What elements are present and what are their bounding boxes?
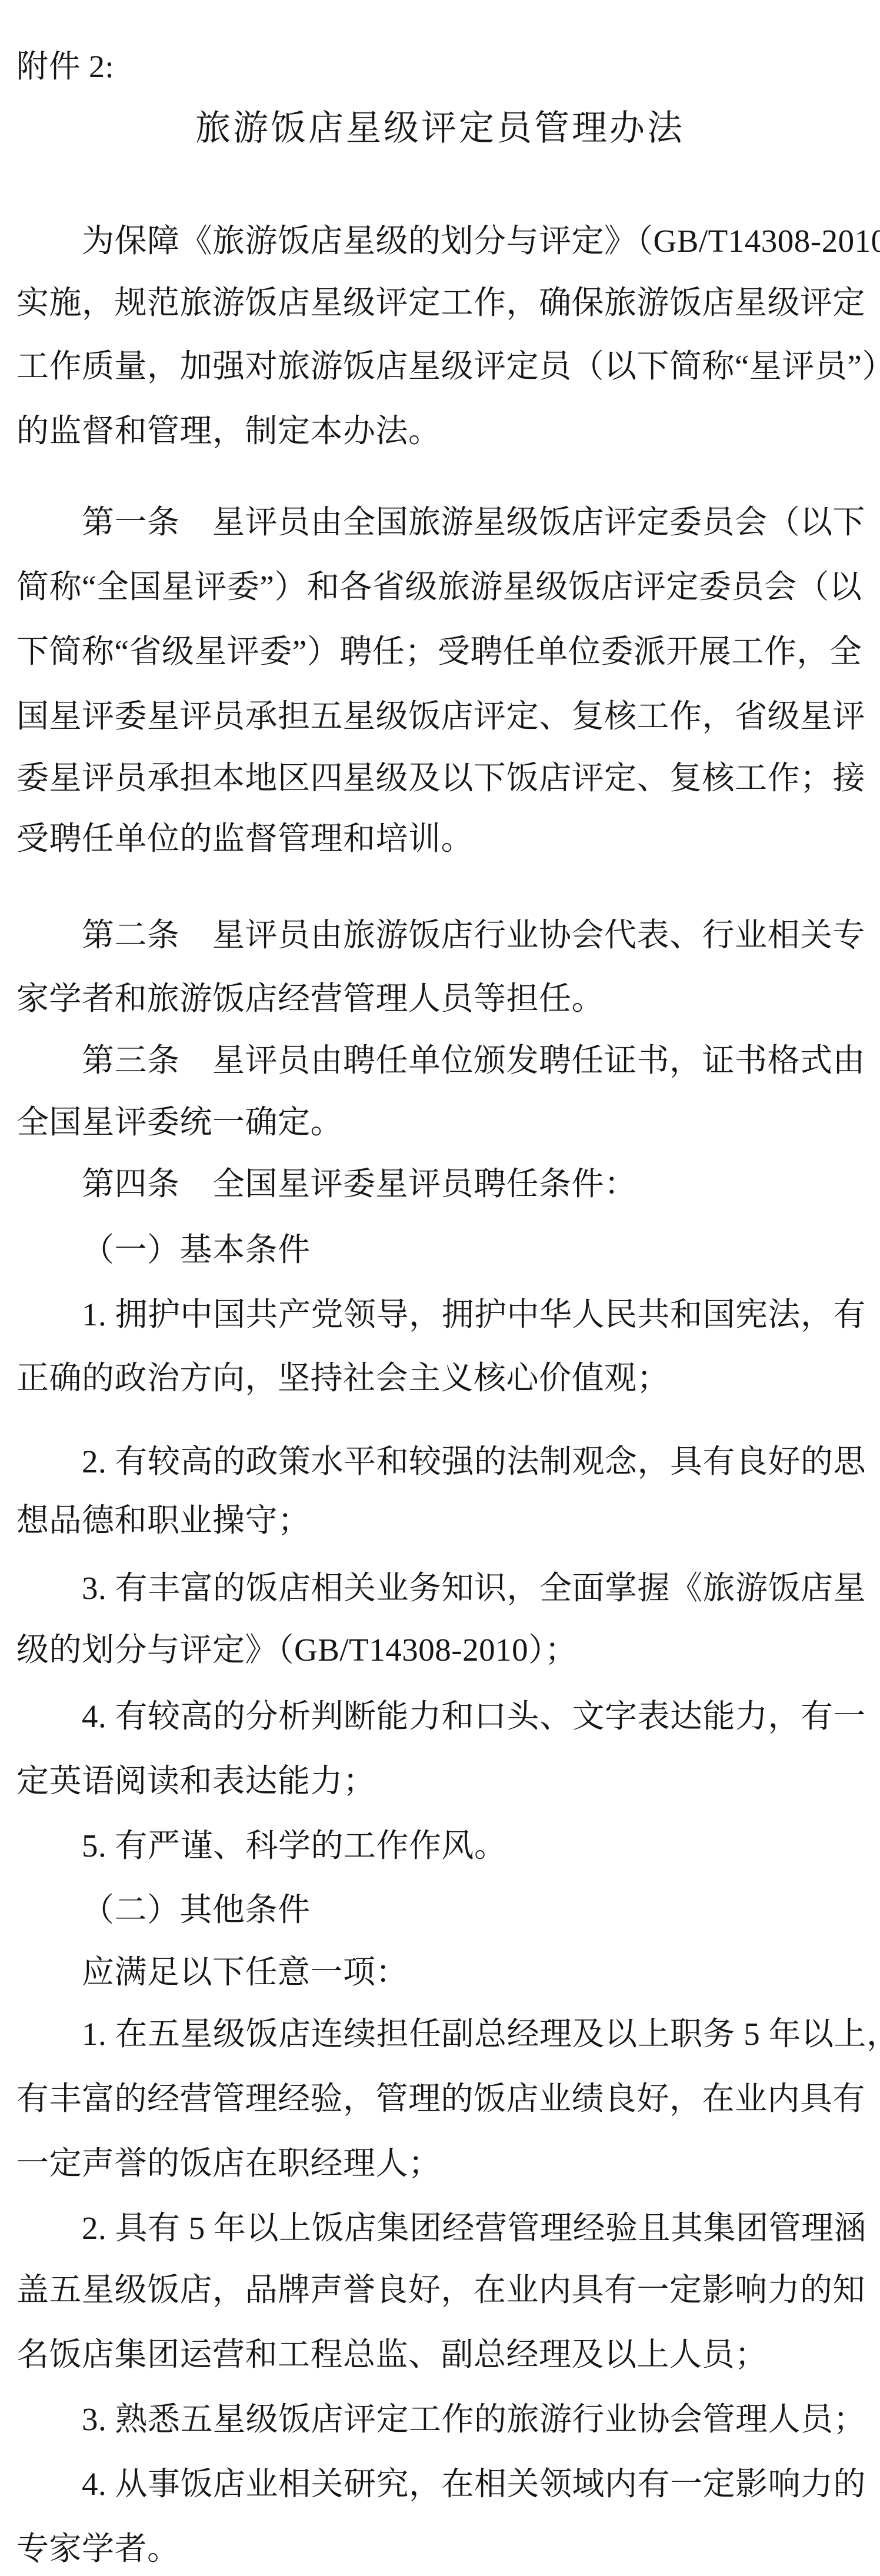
doc-line: 1. 在五星级饭店连续担任副总经理及以上职务 5 年以上，	[82, 2016, 880, 2052]
doc-line: 正确的政治方向，坚持社会主义核心价值观；	[16, 1360, 669, 1397]
doc-line: 受聘任单位的监督管理和培训。	[16, 821, 474, 857]
doc-line: 简称“全国星评委”）和各省级旅游星级饭店评定委员会（以	[16, 569, 862, 605]
doc-line: 家学者和旅游饭店经营管理人员等担任。	[16, 981, 604, 1017]
attachment-label: 附件 2:	[16, 48, 114, 85]
page-title: 旅游饭店星级评定员管理办法	[0, 110, 880, 146]
doc-line: 4. 有较高的分析判断能力和口头、文字表达能力，有一	[82, 1698, 866, 1735]
doc-line: 想品德和职业操守；	[16, 1502, 311, 1539]
doc-line: 4. 从事饭店业相关研究，在相关领域内有一定影响力的	[82, 2466, 866, 2502]
doc-line: 委星评员承担本地区四星级及以下饭店评定、复核工作；接	[16, 760, 865, 797]
doc-line: 国星评委星评员承担五星级饭店评定、复核工作，省级星评	[16, 698, 865, 735]
doc-line: 2. 具有 5 年以上饭店集团经营管理经验且其集团管理涵	[82, 2210, 866, 2247]
doc-line: 第四条 全国星评委星评员聘任条件：	[82, 1166, 637, 1202]
doc-line: 2. 有较高的政策水平和较强的法制观念，具有良好的思	[82, 1444, 866, 1480]
doc-line: 1. 拥护中国共产党领导，拥护中华人民共和国宪法，有	[82, 1297, 866, 1333]
doc-line: 应满足以下任意一项：	[82, 1954, 408, 1991]
doc-line: 实施，规范旅游饭店星级评定工作，确保旅游饭店星级评定	[16, 285, 865, 321]
doc-line: 级的划分与评定》（GB/T14308-2010）；	[16, 1632, 578, 1668]
document-page: 附件 2: 旅游饭店星级评定员管理办法 为保障《旅游饭店星级的划分与评定》（GB…	[0, 0, 880, 2576]
doc-line: 一定声誉的饭店在职经理人；	[16, 2145, 441, 2182]
doc-line: 3. 熟悉五星级饭店评定工作的旅游行业协会管理人员；	[82, 2401, 866, 2438]
doc-line: 第二条 星评员由旅游饭店行业协会代表、行业相关专	[82, 917, 865, 954]
doc-line: （一）基本条件	[82, 1232, 311, 1268]
doc-line: 5. 有严谨、科学的工作作风。	[82, 1828, 507, 1864]
doc-line: 名饭店集团运营和工程总监、副总经理及以上人员；	[16, 2337, 768, 2373]
doc-line: 的监督和管理，制定本办法。	[16, 413, 441, 449]
doc-line: 定英语阅读和表达能力；	[16, 1763, 376, 1799]
doc-line: 3. 有丰富的饭店相关业务知识，全面掌握《旅游饭店星	[82, 1570, 866, 1607]
doc-line: 有丰富的经营管理经验，管理的饭店业绩良好，在业内具有	[16, 2081, 865, 2117]
doc-line: 第三条 星评员由聘任单位颁发聘任证书，证书格式由	[82, 1042, 865, 1079]
doc-line: 专家学者。	[16, 2531, 180, 2567]
doc-line: （二）其他条件	[82, 1892, 311, 1928]
doc-line: 盖五星级饭店，品牌声誉良好，在业内具有一定影响力的知	[16, 2272, 865, 2308]
doc-line: 下简称“省级星评委”）聘任；受聘任单位委派开展工作，全	[16, 634, 862, 670]
doc-line: 为保障《旅游饭店星级的划分与评定》（GB/T14308-2010）	[82, 223, 880, 259]
doc-line: 全国星评委统一确定。	[16, 1104, 343, 1141]
doc-line: 工作质量，加强对旅游饭店星级评定员（以下简称“星评员”）	[16, 348, 880, 385]
doc-line: 第一条 星评员由全国旅游星级饭店评定委员会（以下	[82, 504, 865, 541]
